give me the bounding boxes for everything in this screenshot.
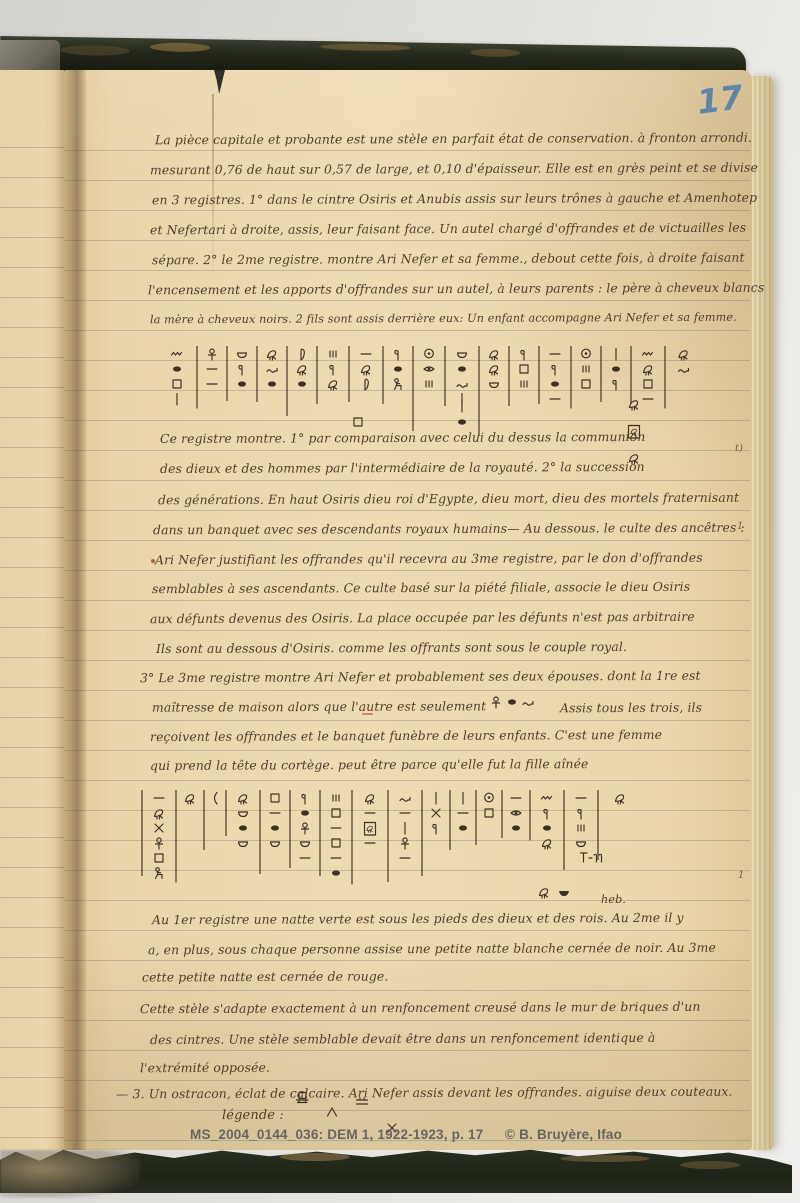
cover-worn-spot <box>680 1161 740 1169</box>
hieroglyph-column <box>227 790 261 878</box>
page-number: 17 <box>695 77 745 121</box>
manuscript-line: semblables à ses ascendants. Ce culte ba… <box>152 579 690 596</box>
hieroglyph-column <box>540 346 572 416</box>
hieroglyph-band-1 <box>158 346 703 440</box>
watermark-reference: MS_2004_0144_036: DEM 1, 1922-1923, p. 1… <box>190 1127 483 1142</box>
hieroglyph-column <box>353 790 389 886</box>
hieroglyph-column <box>205 790 227 840</box>
hieroglyph-column <box>261 790 291 872</box>
manuscript-line: reçoivent les offrandes et le banquet fu… <box>150 727 662 744</box>
previous-page-edge <box>0 70 64 1150</box>
hieroglyph-column <box>258 346 288 420</box>
manuscript-line: cette petite natte est cernée de rouge. <box>142 968 388 984</box>
hieroglyph-column <box>389 790 423 880</box>
hieroglyph-column <box>477 790 503 842</box>
watermark-credit: © B. Bruyère, Ifao <box>505 1127 622 1142</box>
legend-label: légende : <box>222 1108 284 1123</box>
hieroglyph-column <box>666 346 703 386</box>
hieroglyph-column <box>350 346 384 408</box>
manuscript-line: La pièce capitale et probante est une st… <box>155 130 752 148</box>
manuscript-line: Cette stèle s'adapte exactement à un ren… <box>140 999 701 1016</box>
cover-worn-spot <box>470 48 520 57</box>
manuscript-line: des cintres. Une stèle semblable devait … <box>150 1030 655 1047</box>
hieroglyph-column <box>510 346 540 408</box>
hieroglyph-band-2 <box>140 790 643 890</box>
cover-worn-spot <box>60 45 130 56</box>
hieroglyph-column <box>414 346 446 410</box>
hieroglyph-column <box>177 790 205 854</box>
previous-page-ruling <box>0 118 64 1140</box>
hieroglyph-column <box>198 346 228 405</box>
heb-label: heb. <box>601 893 626 906</box>
manuscript-line: — 3. Un ostracon, éclat de calcaire. Ari… <box>116 1084 733 1102</box>
ink-speck <box>438 1091 441 1094</box>
hieroglyph-column <box>480 346 510 410</box>
page-stack-edge <box>751 76 774 1150</box>
margin-mark: 1 <box>737 521 744 532</box>
hieroglyph-column <box>451 790 477 849</box>
hieroglyph-column <box>503 790 531 845</box>
hieroglyph-column <box>384 346 414 435</box>
manuscript-line: Ari Nefer justifiant les offrandes qu'il… <box>155 550 703 567</box>
manuscript-scan: 17 La pièce capitale et probante est une… <box>0 0 800 1203</box>
manuscript-line: la mère à cheveux noirs. 2 fils sont ass… <box>150 311 737 327</box>
hieroglyph-column <box>321 790 353 890</box>
hieroglyph-column <box>318 346 350 406</box>
manuscript-line: dans un banquet avec ses descendants roy… <box>153 520 745 538</box>
cover-worn-spot <box>560 1155 650 1162</box>
hieroglyph-column <box>143 790 177 890</box>
manuscript-line: mesurant 0,76 de haut sur 0,57 de large,… <box>150 160 758 178</box>
manuscript-line: Assis tous les trois, ils <box>560 700 702 716</box>
hieroglyph-column <box>531 790 565 874</box>
margin-mark: 1 <box>738 870 745 881</box>
gutter-shadow <box>56 70 86 1150</box>
hieroglyph-column <box>228 346 258 406</box>
manuscript-line: qui prend la tête du cortège. peut être … <box>150 756 589 773</box>
manuscript-line: des dieux et des hommes par l'intermédia… <box>160 459 645 476</box>
ink-speck <box>151 559 155 563</box>
hieroglyph-column <box>423 790 451 854</box>
margin-mark: t) <box>735 443 743 454</box>
manuscript-line: aux défunts devenus des Osiris. La place… <box>150 609 695 626</box>
manuscript-line: 3° Le 3me registre montre Ari Nefer et p… <box>140 668 701 685</box>
hieroglyph-column <box>291 790 321 880</box>
hieroglyph-annotation <box>536 884 582 906</box>
manuscript-line: maîtresse de maison alors que l'autre es… <box>152 698 486 714</box>
cover-corner-debris <box>0 1150 140 1198</box>
hieroglyph-annotation <box>488 694 542 716</box>
manuscript-line: Ils sont au dessous d'Osiris. comme les … <box>156 639 627 656</box>
manuscript-line: Ce registre montre. 1° par comparaison a… <box>160 429 645 446</box>
manuscript-line: a, en plus, sous chaque personne assise … <box>148 940 716 957</box>
manuscript-line: l'extrémité opposée. <box>140 1060 270 1076</box>
manuscript-line: en 3 registres. 1° dans le cintre Osiris… <box>152 190 757 208</box>
manuscript-line: l'encensement et les apports d'offrandes… <box>148 280 764 298</box>
cover-worn-spot <box>320 43 410 51</box>
manuscript-line: Au 1er registre une natte verte est sous… <box>152 910 684 927</box>
hieroglyph-column <box>599 790 643 815</box>
ink-speck <box>362 713 373 715</box>
cover-worn-spot <box>150 42 210 52</box>
manuscript-line: sépare. 2° le 2me registre. montre Ari N… <box>152 250 745 268</box>
hieroglyph-annotation <box>578 848 624 870</box>
hieroglyph-column <box>288 346 318 408</box>
hieroglyph-column <box>572 346 602 406</box>
manuscript-line: des générations. En haut Osiris dieu roi… <box>158 490 739 508</box>
manuscript-line: et Nefertari à droite, assis, leur faisa… <box>150 220 746 238</box>
cover-worn-spot <box>280 1153 350 1161</box>
hieroglyph-column <box>158 346 198 416</box>
